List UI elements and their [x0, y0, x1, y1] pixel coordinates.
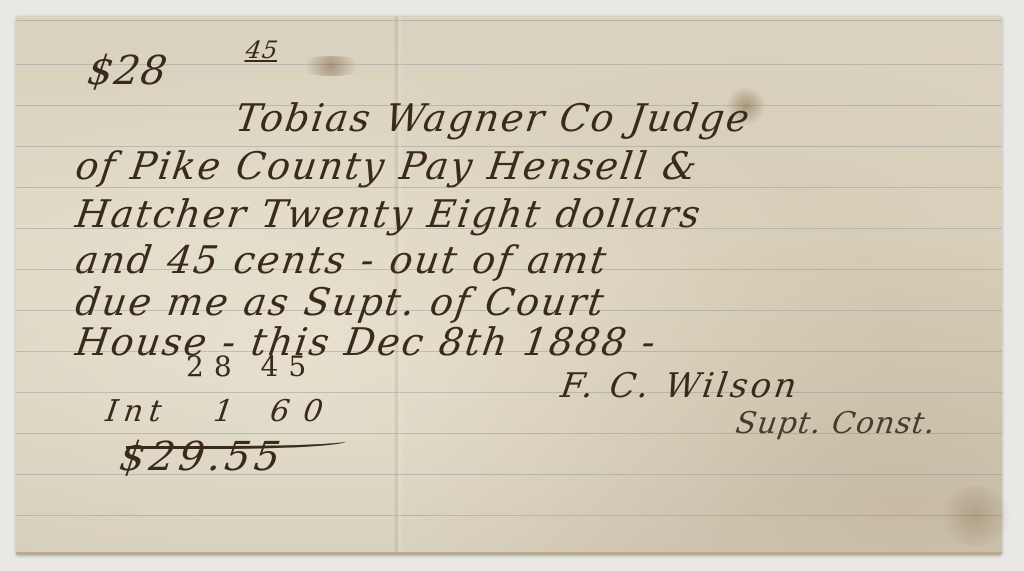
body-line-1: Tobias Wagner Co Judge	[233, 96, 754, 140]
subtotal: 28 45	[186, 350, 316, 383]
signature-name: F. C. Wilson	[558, 366, 802, 406]
ink-stain	[296, 56, 366, 76]
body-line-3: Hatcher Twenty Eight dollars	[73, 192, 705, 236]
interest-amount: 1 60	[211, 394, 339, 429]
amount-cents: 45	[244, 36, 280, 64]
water-stain	[936, 486, 1016, 546]
body-line-5: due me as Supt. of Court	[73, 280, 609, 324]
amount-dollars: $28	[85, 48, 171, 94]
receipt-paper: $28 45 Tobias Wagner Co Judge of Pike Co…	[16, 16, 1002, 555]
body-line-4: and 45 cents - out of amt	[73, 238, 611, 282]
body-line-6: House - this Dec 8th 1888 -	[73, 320, 660, 364]
interest-label: Int	[104, 394, 170, 429]
interest-row: Int 1 60	[104, 394, 340, 429]
body-line-2: of Pike County Pay Hensell &	[73, 144, 702, 188]
signature-title: Supt. Const.	[734, 406, 938, 441]
total-amount: $29.55	[117, 434, 287, 480]
